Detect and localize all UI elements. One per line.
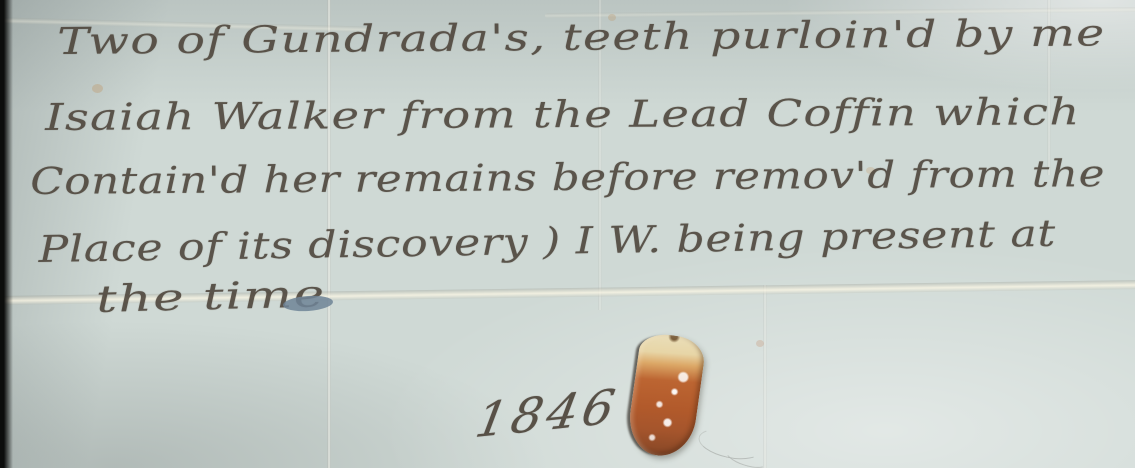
photo-edge-shadow xyxy=(0,0,13,468)
tooth-relic xyxy=(625,331,707,460)
pencil-scribble xyxy=(698,420,778,468)
tooth-body xyxy=(625,331,707,460)
handwriting-line-2: Isaiah Walker from the Lead Coffin which xyxy=(45,90,1081,139)
foxing-spot xyxy=(92,84,103,93)
foxing-spot xyxy=(756,340,764,347)
handwriting-line-1: Two of Gundrada's, teeth purloin'd by me xyxy=(57,11,1106,63)
handwriting-line-5: the time xyxy=(95,272,327,321)
handwriting-line-4: Place of its discovery ) I W. being pres… xyxy=(38,212,1056,271)
handwritten-date: 1846 xyxy=(471,379,623,449)
photograph-of-manuscript-note: Two of Gundrada's, teeth purloin'd by me… xyxy=(0,0,1135,468)
handwriting-line-3: Contain'd her remains before remov'd fro… xyxy=(30,152,1105,203)
